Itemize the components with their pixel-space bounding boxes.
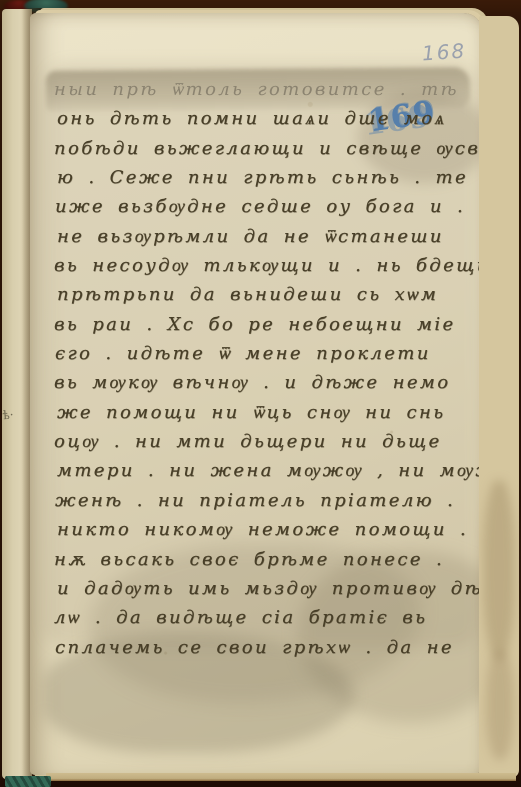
manuscript-line: побѣди вьжеглающи и свѣще ѹсво	[54, 134, 470, 163]
manuscript-line: женѣ . ни пріатель пріателю .	[55, 486, 470, 515]
manuscript-line: сплачемь се свои грѣхѡ . да не	[55, 633, 470, 662]
manuscript-line: вь раи . Хс бо ре небоещни міе	[54, 310, 470, 339]
fore-edge-smudge	[486, 650, 514, 760]
manuscript-line: и дадѹть имь мьздѹ противѹ дѣ	[57, 574, 470, 603]
manuscript-line: иже вьзбѹдне седше оу бога и .	[55, 192, 470, 221]
manuscript-line: онь дѣть помни шаѧи дше моѧ	[57, 104, 470, 133]
manuscript-line: вь несоудѹ тлькѹщи и . нь бдещи	[54, 251, 470, 280]
manuscript-line: нѫ вьсакь своє брѣме понесе .	[54, 545, 470, 574]
left-margin-mark: ѣ·	[0, 408, 15, 424]
book-photo: ѣ· 168 169 ныи прѣ ѿтоль готовитсе . тѣо…	[0, 0, 521, 787]
manuscript-line: прѣтрьпи да вьнидеши сь хѡм	[57, 280, 470, 309]
bottom-page-edges	[46, 773, 516, 781]
manuscript-line: же помощи ни ѿць снѹ ни снь	[57, 398, 470, 427]
manuscript-page: 168 169 ныи прѣ ѿтоль готовитсе . тѣонь …	[30, 13, 482, 775]
manuscript-line: єго . идѣте ѿ мене проклети	[55, 339, 470, 368]
manuscript-text: ныи прѣ ѿтоль готовитсе . тѣонь дѣть пом…	[54, 75, 470, 662]
manuscript-line: лѡ . да видѣще сіа братіє вь	[54, 603, 470, 632]
manuscript-line: мтери . ни жена мѹжѹ , ни мѹжь	[57, 456, 470, 485]
fore-edge-smudge	[483, 480, 515, 660]
manuscript-line: вь мѹкѹ вѣчнѹ . и дѣже немо	[54, 368, 470, 397]
manuscript-line: ныи прѣ ѿтоль готовитсе . тѣ	[54, 75, 470, 104]
folio-number-pencil: 168	[421, 38, 467, 65]
manuscript-line: не вьзѹрѣмли да не ѿстанеши	[57, 222, 470, 251]
manuscript-line: оцѹ . ни мти дьщери ни дьще	[54, 427, 470, 456]
endband-bottom-icon	[5, 776, 51, 787]
manuscript-line: никто никомѹ неможе помощи .	[57, 515, 470, 544]
manuscript-line: ю . Сеже пни грѣть сьнѣь . те	[57, 163, 470, 192]
